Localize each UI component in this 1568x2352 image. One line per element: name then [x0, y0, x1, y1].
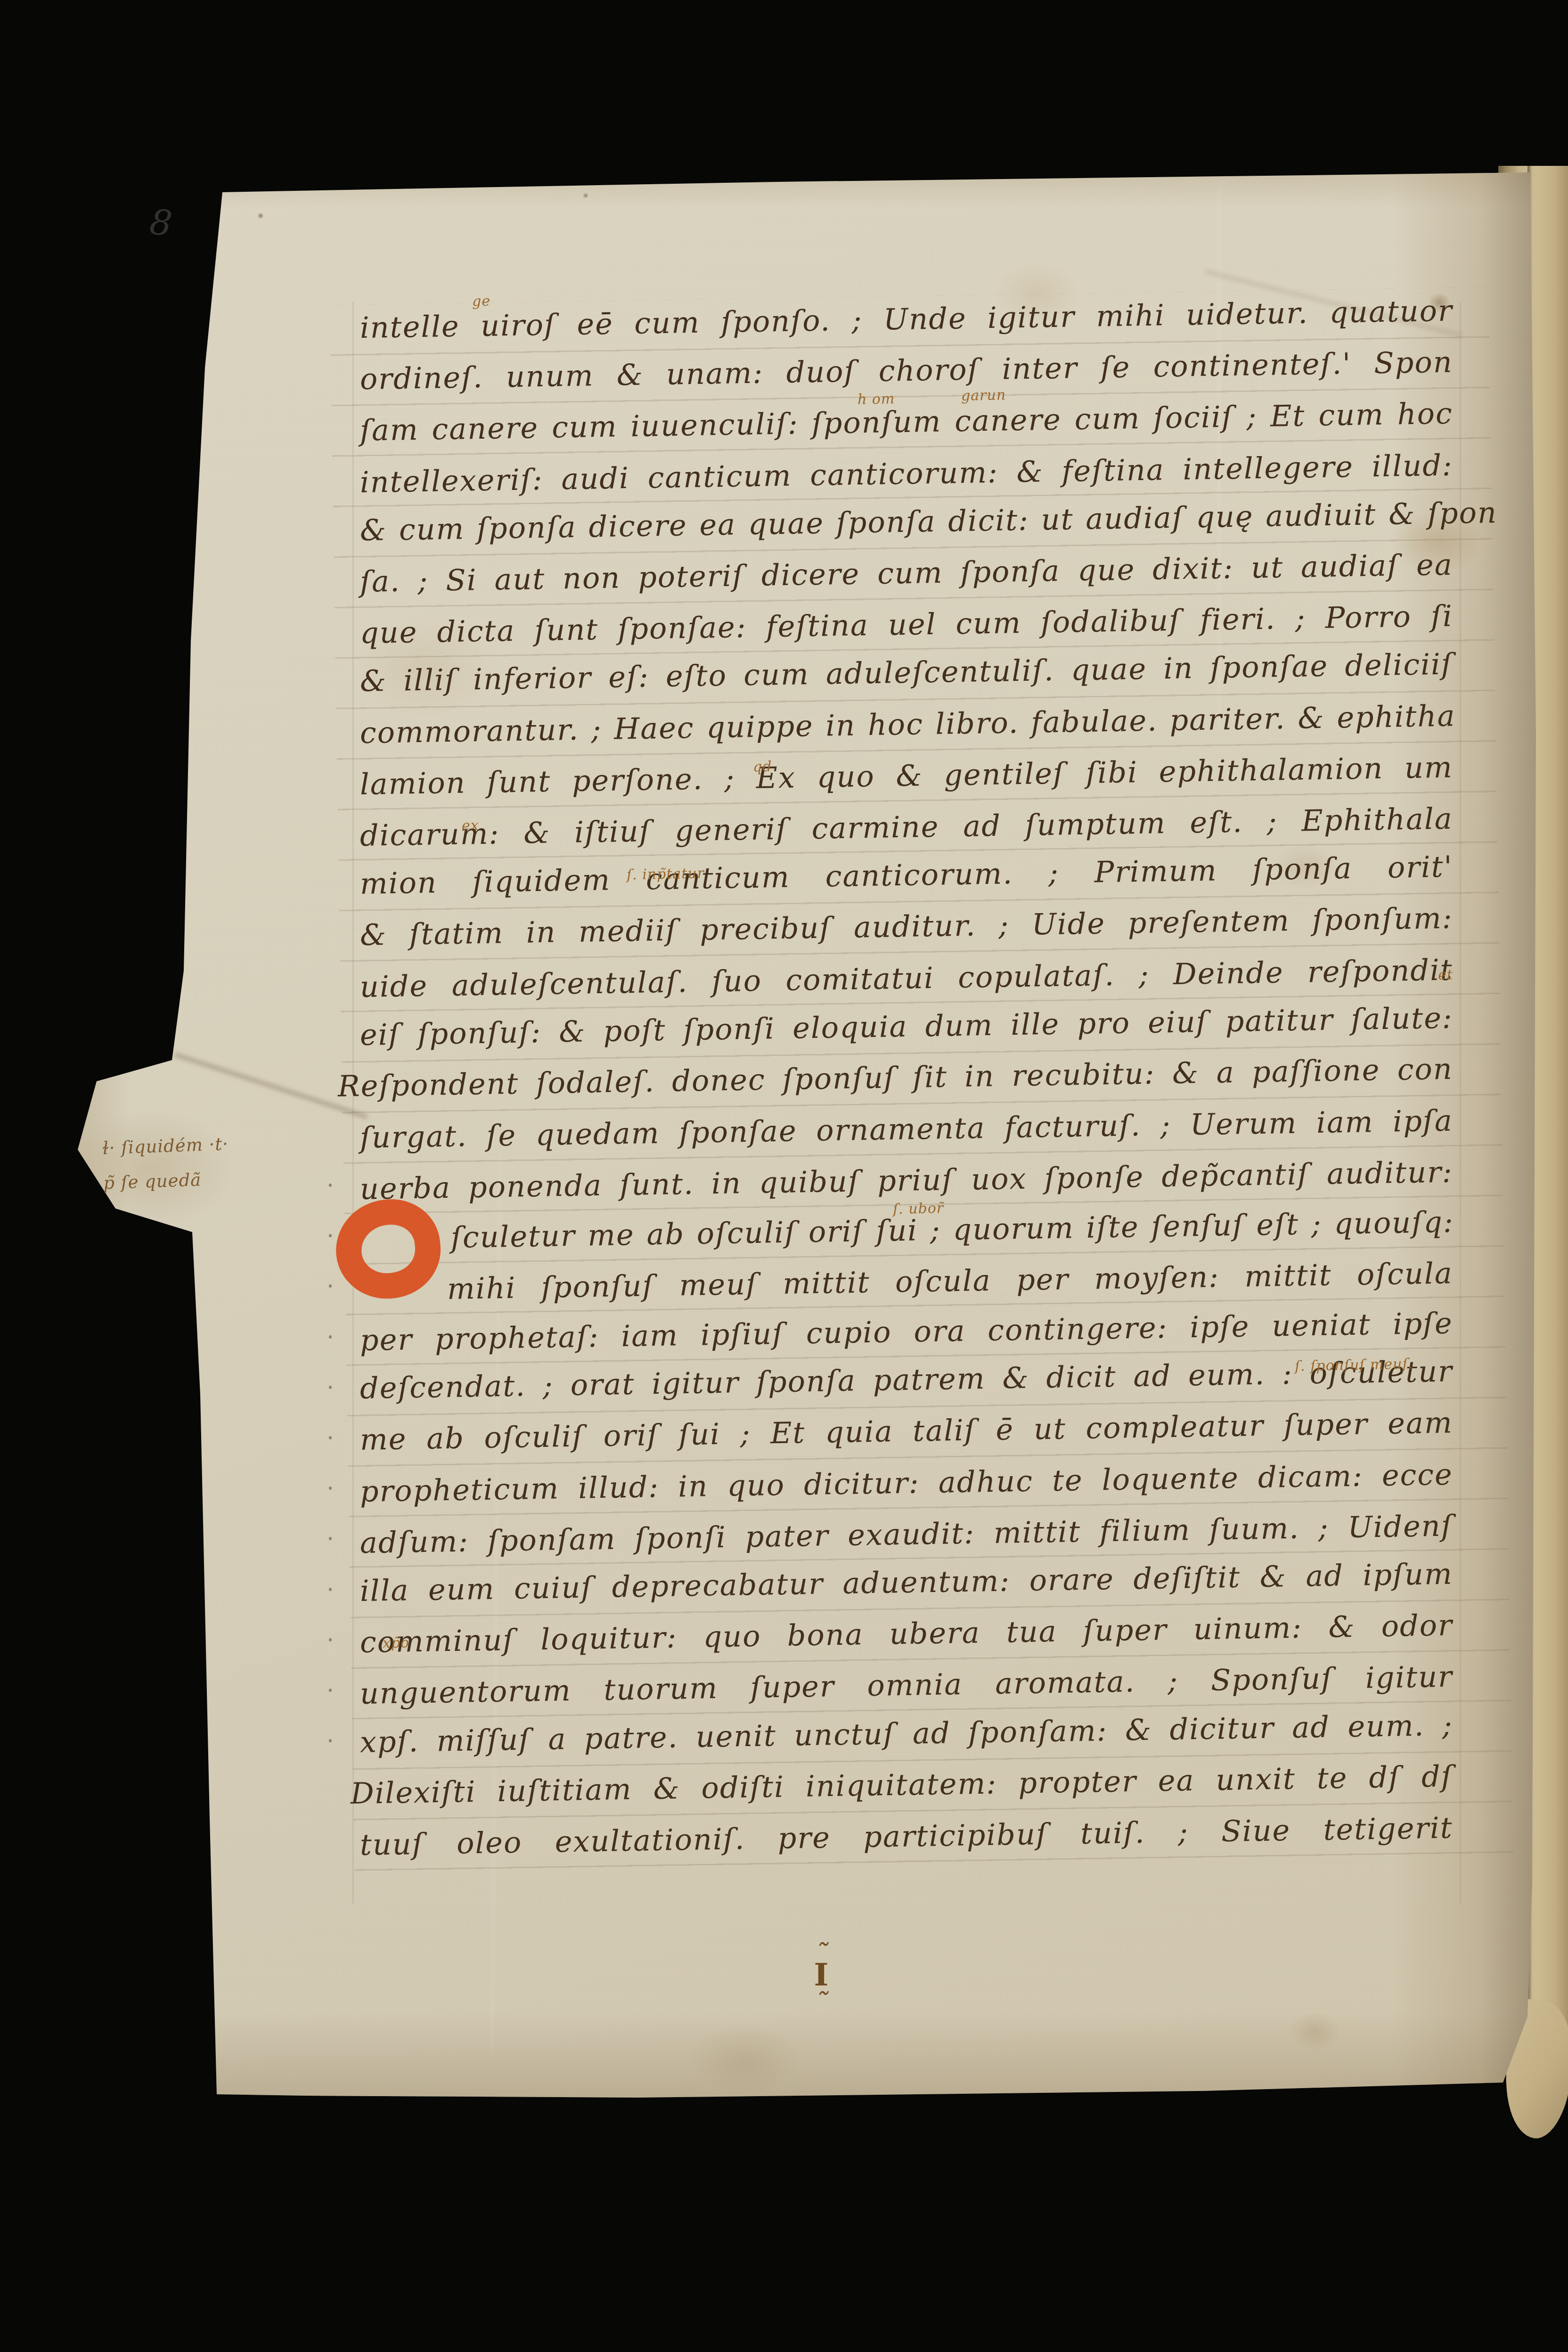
pricking-dot: [329, 1386, 332, 1389]
interlinear-gloss: h om: [857, 391, 895, 408]
interlinear-gloss: garun: [961, 387, 1006, 404]
pricking-dot: [329, 1436, 332, 1439]
pricking-dot: [329, 1184, 332, 1187]
ruling-vertical-guide: [1460, 302, 1461, 1903]
pricking-dot: [329, 1335, 332, 1339]
pricking-dot: [329, 1638, 332, 1641]
interlinear-gloss: et: [1438, 967, 1454, 984]
flourish-mark: ˜: [795, 1989, 847, 2005]
interlinear-gloss: xp̃o: [383, 1634, 410, 1651]
marginal-note-line: p̃ ſe quedã: [103, 1169, 202, 1193]
interlinear-gloss: ſ. ſponſuſ meuſ.: [1295, 1356, 1413, 1374]
interlinear-gloss: ſ. ubor̃: [893, 1200, 944, 1217]
interlinear-gloss: ge: [472, 293, 491, 310]
flourish-mark: ˜: [795, 1940, 847, 1956]
marginal-note-line: ɫ· ſiquidém ·t·: [102, 1134, 229, 1158]
interlinear-gloss: qd: [753, 759, 772, 776]
interlinear-gloss: ex: [462, 817, 479, 834]
quire-signature: ˜ I ˜: [795, 1940, 847, 2005]
pricking-dot: [329, 1689, 332, 1692]
pricking-dot: [329, 1588, 332, 1591]
quire-letter: I: [795, 1956, 847, 1989]
interlinear-gloss: ſ. inp̃tatur: [627, 865, 705, 883]
photograph-background: { "colors": { "background": "#070706", "…: [0, 0, 1568, 2352]
marginal-note: ɫ· ſiquidém ·t· p̃ ſe quedã: [101, 1127, 230, 1200]
pencil-folio-number: 8: [148, 202, 174, 244]
